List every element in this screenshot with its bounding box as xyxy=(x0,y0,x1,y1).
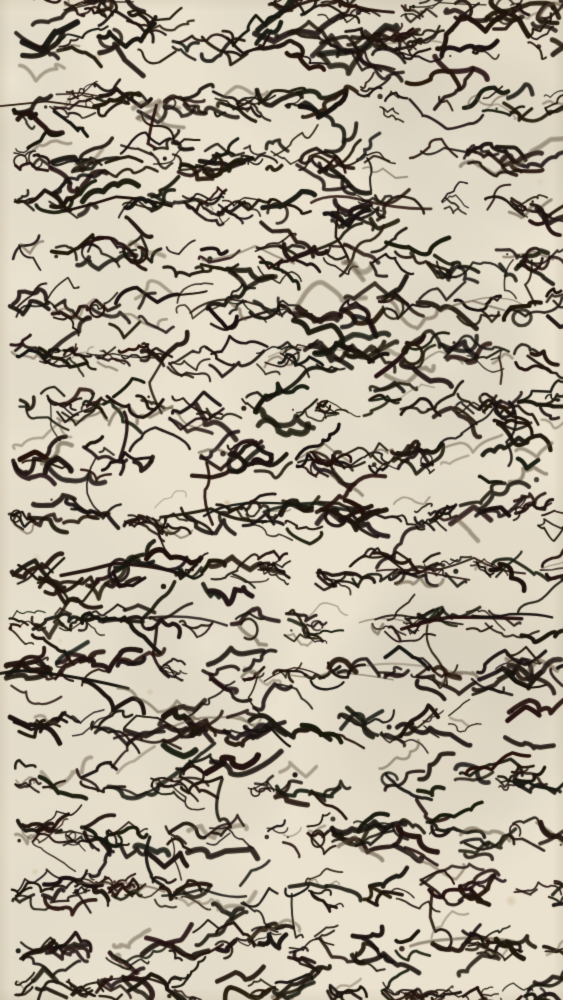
manuscript-page xyxy=(0,0,563,1000)
calligraphy-ink-canvas xyxy=(0,0,563,1000)
